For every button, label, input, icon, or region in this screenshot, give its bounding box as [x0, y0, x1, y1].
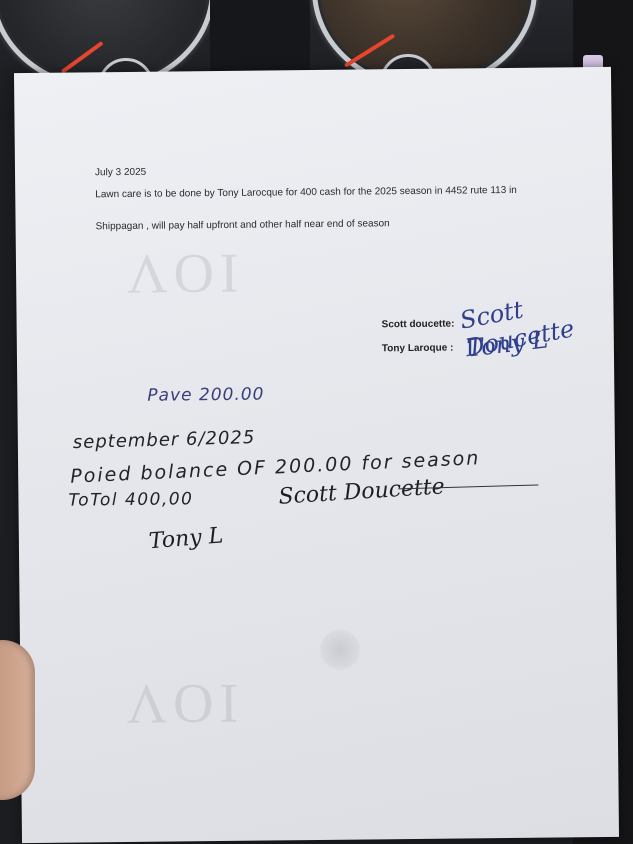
paper-smudge: [320, 630, 360, 670]
tony-signature-final: Tony L: [148, 523, 224, 554]
holding-thumb: [0, 640, 35, 800]
contract-terms-line2: Shippagan , will pay half upfront and ot…: [96, 217, 390, 234]
signature-label-tony: Tony Laroque :: [382, 343, 454, 355]
contract-date: July 3 2025: [95, 166, 146, 181]
handwritten-total: ToTol 400,00: [68, 489, 193, 510]
contract-terms-line1: Lawn care is to be done by Tony Larocque…: [95, 184, 535, 203]
signature-label-scott: Scott doucette:: [382, 319, 455, 331]
handwritten-payment-date: september 6/2025: [73, 427, 256, 453]
scott-signature-final: Scott Doucette: [278, 474, 446, 509]
contract-paper: IOV IOV July 3 2025 Lawn care is to be d…: [14, 67, 619, 843]
bleed-through-watermark: IOV: [120, 671, 238, 736]
dashboard-center-display: [210, 0, 310, 75]
handwritten-upfront-payment: Pave 200.00: [147, 385, 264, 406]
bleed-through-watermark: IOV: [121, 241, 239, 306]
